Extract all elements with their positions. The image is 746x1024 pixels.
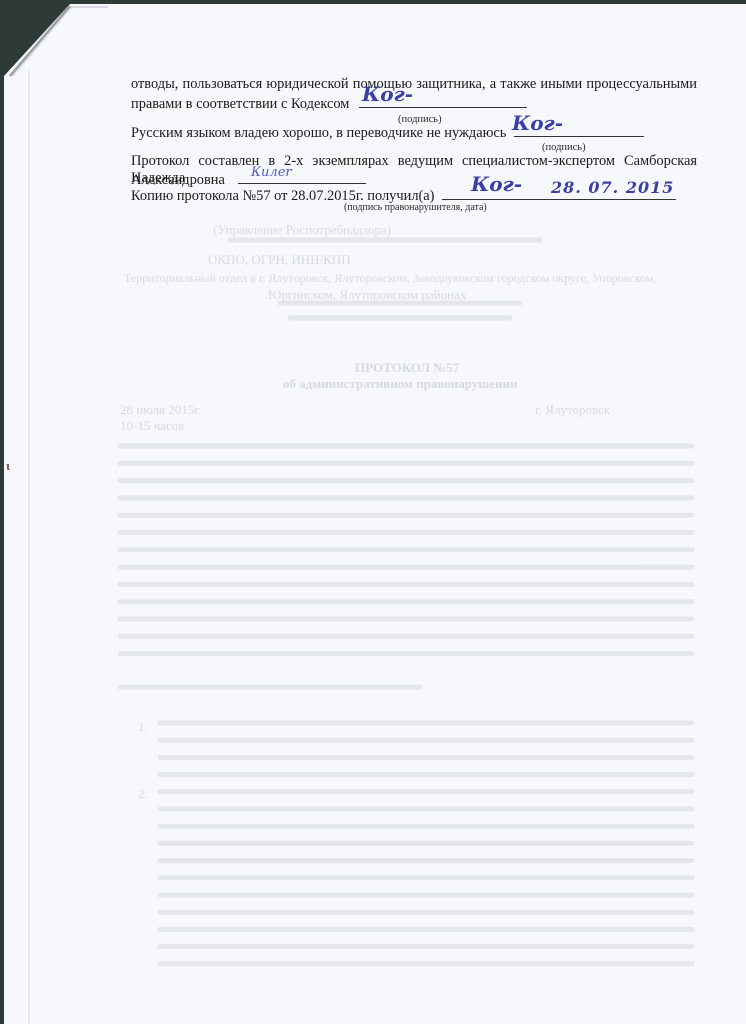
rights-text-line: отводы, пользоваться юридической помощью… <box>131 76 697 93</box>
page-edge-shadow <box>28 70 30 1024</box>
received-date-handwritten: 28. 07. 2015 <box>551 179 674 196</box>
signature-inspector: Килеr <box>251 164 292 181</box>
rights-signature-line: правами в соответствии с Кодексом <box>131 93 527 113</box>
signature-caption: (подпись правонарушителя, дата) <box>344 199 487 216</box>
signature-offender-3: Ког- <box>471 176 522 193</box>
ink-blot: ɩ <box>6 458 13 468</box>
signature-offender-2: Ког- <box>512 115 563 132</box>
rights-text-continuation: правами в соответствии с Кодексом <box>131 96 349 112</box>
language-statement: Русским языком владею хорошо, в переводч… <box>131 125 506 141</box>
signature-offender-1: Ког- <box>362 86 413 103</box>
